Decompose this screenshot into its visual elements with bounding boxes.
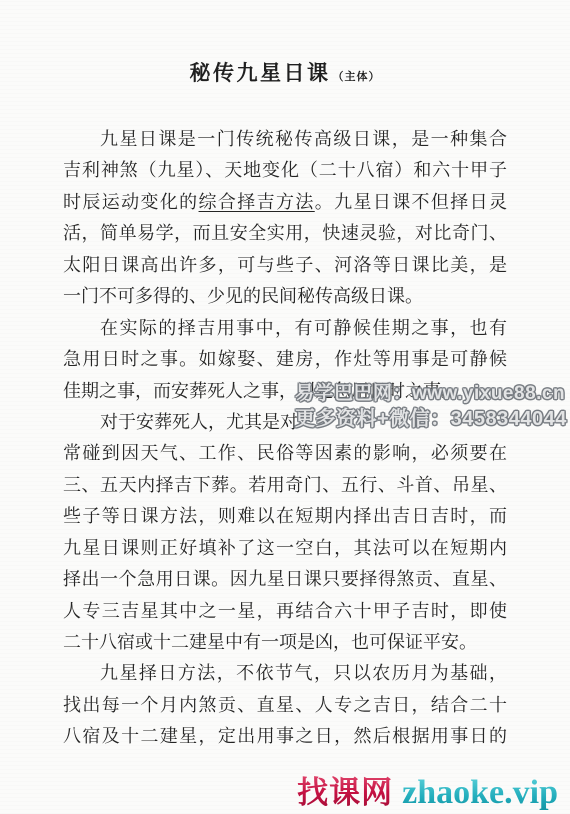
text-block: 九星日课是一门传统秘传高级日课，是一种集合吉利神煞（九星）、天地变化（二十八宿）… bbox=[63, 124, 507, 753]
text-line: 九星日课则正好填补了这一空白，其法可以在短期内 bbox=[63, 533, 507, 564]
text-line: 九星择日方法，不依节气，只以农历月为基础， bbox=[63, 658, 507, 689]
text-line: 活，简单易学，而且安全实用，快速灵验，对比奇门、 bbox=[63, 218, 507, 249]
text-line: 太阳日课高出许多，可与些子、河洛等日课比美，是 bbox=[63, 250, 507, 281]
text-line: 一门不可多得的、少见的民间秘传高级日课。 bbox=[63, 281, 507, 312]
text-line: 择出一个急用日课。因九星日课只要择得煞贡、直星、 bbox=[63, 564, 507, 595]
text-line: 人专三吉星其中之一星，再结合六十甲子吉时，即使 bbox=[63, 596, 507, 627]
text-line: 二十八宿或十二建星中有一项是凶，也可保证平安。 bbox=[63, 627, 507, 658]
text-run: 八宿及十二建星，定出用事之日，然后根据用事日的 bbox=[63, 726, 507, 746]
text-line: 佳期之事，而安葬死人之事，则是急用日时之事。 bbox=[63, 376, 507, 407]
text-run: 对于安葬死人，尤其是对 bbox=[100, 412, 298, 432]
text-run: 二十八宿或十二建星中有一项是凶，也可保证平安。 bbox=[63, 632, 477, 652]
text-line: 吉利神煞（九星）、天地变化（二十八宿）和六十甲子 bbox=[63, 155, 507, 186]
text-line: 找出每一个月内煞贡、直星、人专之吉日，结合二十 bbox=[63, 690, 507, 721]
text-run: 九星择日方法，不依节气，只以农历月为基础， bbox=[100, 663, 507, 683]
text-line: 时辰运动变化的综合择吉方法。九星日课不但择日灵 bbox=[63, 187, 507, 218]
page-title: 秘传九星日课（主体） bbox=[0, 57, 570, 87]
text-line: 在实际的择吉用事中，有可静候佳期之事，也有 bbox=[63, 313, 507, 344]
text-run: 活，简单易学，而且安全实用，快速灵验，对比奇门、 bbox=[63, 223, 507, 243]
text-run: 太阳日课高出许多，可与些子、河洛等日课比美，是 bbox=[63, 255, 507, 275]
text-line: 些子等日课方法，则难以在短期内择出吉日吉时，而 bbox=[63, 501, 507, 532]
text-run: 时辰运动变化的 bbox=[63, 192, 199, 212]
text-run: 些子等日课方法，则难以在短期内择出吉日吉时，而 bbox=[63, 506, 507, 526]
text-line: 九星日课是一门传统秘传高级日课，是一种集合 bbox=[63, 124, 507, 155]
text-run: 。九星日课不但择日灵 bbox=[315, 192, 507, 212]
text-run: 三、五天内择吉下葬。若用奇门、五行、斗首、吊星、 bbox=[63, 475, 507, 495]
text-run: 九星日课是一门传统秘传高级日课，是一种集合 bbox=[100, 129, 507, 149]
document-page: 秘传九星日课（主体） 九星日课是一门传统秘传高级日课，是一种集合吉利神煞（九星）… bbox=[0, 0, 570, 814]
text-line: 对于安葬死人，尤其是对 bbox=[63, 407, 507, 438]
text-run: 一门不可多得的、少见的民间秘传高级日课。 bbox=[63, 286, 423, 306]
text-run: 在实际的择吉用事中，有可静候佳期之事，也有 bbox=[100, 318, 507, 338]
text-run: 佳期之事，而安葬死人之事，则是急用日时之事。 bbox=[63, 381, 459, 401]
text-line: 急用日时之事。如嫁娶、建房，作灶等用事是可静候 bbox=[63, 344, 507, 375]
text-line: 三、五天内择吉下葬。若用奇门、五行、斗首、吊星、 bbox=[63, 470, 507, 501]
watermark-site-name: 找课网 bbox=[297, 767, 393, 812]
watermark-site-url: zhaoke.vip bbox=[402, 774, 558, 812]
text-run: 择出一个急用日课。因九星日课只要择得煞贡、直星、 bbox=[63, 569, 507, 589]
text-line: 常碰到因天气、工作、民俗等因素的影响，必须要在 bbox=[63, 438, 507, 469]
text-run: 人专三吉星其中之一星，再结合六十甲子吉时，即使 bbox=[63, 601, 507, 621]
title-text: 秘传九星日课 bbox=[190, 61, 331, 85]
bottom-watermark: 找课网 zhaoke.vip bbox=[297, 767, 558, 812]
title-suffix: （主体） bbox=[333, 71, 381, 83]
text-run: 常碰到因天气、工作、民俗等因素的影响，必须要在 bbox=[63, 443, 507, 463]
text-run: 九星日课则正好填补了这一空白，其法可以在短期内 bbox=[63, 538, 507, 558]
text-run: 找出每一个月内煞贡、直星、人专之吉日，结合二十 bbox=[63, 695, 507, 715]
underlined-term: 综合择吉方法 bbox=[199, 192, 315, 212]
text-line: 八宿及十二建星，定出用事之日，然后根据用事日的 bbox=[63, 721, 507, 752]
text-run: 急用日时之事。如嫁娶、建房，作灶等用事是可静候 bbox=[63, 349, 507, 369]
text-run: 吉利神煞（九星）、天地变化（二十八宿）和六十甲子 bbox=[63, 160, 507, 180]
